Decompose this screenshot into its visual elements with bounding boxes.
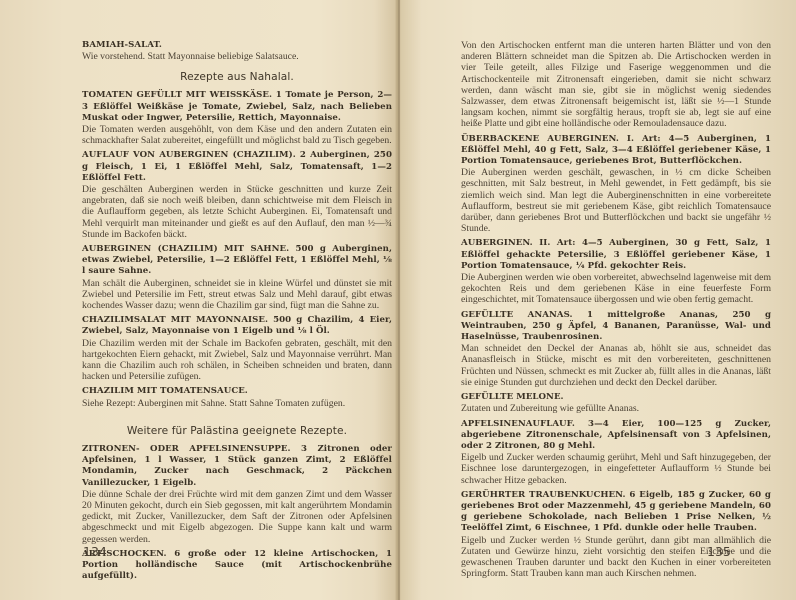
left-page: BAMIAH-SALAT. Wie vorstehend. Statt Mayo… bbox=[82, 40, 392, 586]
recipe-artischocken-continued: Von den Artischocken entfernt man die un… bbox=[461, 40, 771, 130]
recipe-heading: AUFLAUF VON AUBERGINEN (CHAZILIM). 2 Aub… bbox=[82, 150, 392, 184]
section-title-palaestina: Weitere für Palästina geeignete Rezepte. bbox=[82, 425, 392, 437]
recipe-heading: CHAZILIMSALAT MIT MAYONNAISE. 500 g Chaz… bbox=[82, 315, 392, 337]
recipe-instructions: Man schält die Auberginen, schneidet sie… bbox=[82, 278, 392, 312]
book-spread: BAMIAH-SALAT. Wie vorstehend. Statt Mayo… bbox=[0, 0, 796, 600]
recipe-zitronensuppe: ZITRONEN- ODER APFELSINENSUPPE. 3 Zitron… bbox=[82, 444, 392, 545]
recipe-heading: ÜBERBACKENE AUBERGINEN. I. Art: 4—5 Aube… bbox=[461, 134, 771, 168]
recipe-instructions: Wie vorstehend. Statt Mayonnaise beliebi… bbox=[82, 51, 392, 62]
recipe-auflauf-auberginen: AUFLAUF VON AUBERGINEN (CHAZILIM). 2 Aub… bbox=[82, 150, 392, 240]
recipe-heading: AUBERGINEN (CHAZILIM) MIT SAHNE. 500 g A… bbox=[82, 244, 392, 278]
recipe-instructions: Eigelb und Zucker werden schaumig gerühr… bbox=[461, 452, 771, 486]
recipe-heading: TOMATEN GEFÜLLT MIT WEISSKÄSE. 1 Tomate … bbox=[82, 90, 392, 124]
recipe-auberginen-sahne: AUBERGINEN (CHAZILIM) MIT SAHNE. 500 g A… bbox=[82, 244, 392, 311]
section-title-nahalal: Rezepte aus Nahalal. bbox=[82, 71, 392, 83]
recipe-instructions: Die dünne Schale der drei Früchte wird m… bbox=[82, 489, 392, 545]
recipe-ueberbackene-auberginen: ÜBERBACKENE AUBERGINEN. I. Art: 4—5 Aube… bbox=[461, 134, 771, 235]
recipe-heading: AUBERGINEN. II. Art: 4—5 Auberginen, 30 … bbox=[461, 238, 771, 272]
recipe-instructions: Die Auberginen werden wie oben vorbereit… bbox=[461, 272, 771, 306]
book-spine bbox=[398, 0, 400, 600]
recipe-gefuellte-ananas: GEFÜLLTE ANANAS. 1 mittelgroße Ananas, 2… bbox=[461, 310, 771, 388]
recipe-instructions: Zutaten und Zubereitung wie gefüllte Ana… bbox=[461, 403, 771, 414]
recipe-instructions: Die Tomaten werden ausgehöhlt, von dem K… bbox=[82, 124, 392, 146]
recipe-heading: BAMIAH-SALAT. bbox=[82, 40, 392, 51]
recipe-heading: GEFÜLLTE MELONE. bbox=[461, 392, 771, 403]
recipe-instructions: Die Chazilim werden mit der Schale im Ba… bbox=[82, 338, 392, 383]
recipe-traubenkuchen: GERÜHRTER TRAUBENKUCHEN. 6 Eigelb, 185 g… bbox=[461, 490, 771, 580]
recipe-apfelsinenauflauf: APFELSINENAUFLAUF. 3—4 Eier, 100—125 g Z… bbox=[461, 419, 771, 486]
recipe-bamiah-salat: BAMIAH-SALAT. Wie vorstehend. Statt Mayo… bbox=[82, 40, 392, 62]
recipe-instructions: Siehe Rezept: Auberginen mit Sahne. Stat… bbox=[82, 398, 392, 409]
recipe-instructions: Die Auberginen werden geschält, gewasche… bbox=[461, 167, 771, 234]
recipe-heading: ZITRONEN- ODER APFELSINENSUPPE. 3 Zitron… bbox=[82, 444, 392, 489]
recipe-instructions: Von den Artischocken entfernt man die un… bbox=[461, 40, 771, 130]
recipe-heading: CHAZILIM MIT TOMATENSAUCE. bbox=[82, 386, 392, 397]
recipe-instructions: Die geschälten Auberginen werden in Stüc… bbox=[82, 184, 392, 240]
recipe-chazilimsalat: CHAZILIMSALAT MIT MAYONNAISE. 500 g Chaz… bbox=[82, 315, 392, 382]
page-number-right: 135 bbox=[707, 544, 731, 559]
recipe-gefuellte-melone: GEFÜLLTE MELONE. Zutaten und Zubereitung… bbox=[461, 392, 771, 414]
recipe-heading: APFELSINENAUFLAUF. 3—4 Eier, 100—125 g Z… bbox=[461, 419, 771, 453]
right-page: Von den Artischocken entfernt man die un… bbox=[461, 40, 771, 583]
recipe-tomaten-gefuellt: TOMATEN GEFÜLLT MIT WEISSKÄSE. 1 Tomate … bbox=[82, 90, 392, 146]
recipe-chazilim-tomatensauce: CHAZILIM MIT TOMATENSAUCE. Siehe Rezept:… bbox=[82, 386, 392, 408]
recipe-auberginen-ii: AUBERGINEN. II. Art: 4—5 Auberginen, 30 … bbox=[461, 238, 771, 305]
page-number-left: 134 bbox=[83, 544, 107, 559]
recipe-heading: GEFÜLLTE ANANAS. 1 mittelgroße Ananas, 2… bbox=[461, 310, 771, 344]
recipe-artischocken: ARTISCHOCKEN. 6 große oder 12 kleine Art… bbox=[82, 549, 392, 583]
recipe-instructions: Man schneidet den Deckel der Ananas ab, … bbox=[461, 343, 771, 388]
recipe-heading: ARTISCHOCKEN. 6 große oder 12 kleine Art… bbox=[82, 549, 392, 583]
recipe-heading: GERÜHRTER TRAUBENKUCHEN. 6 Eigelb, 185 g… bbox=[461, 490, 771, 535]
